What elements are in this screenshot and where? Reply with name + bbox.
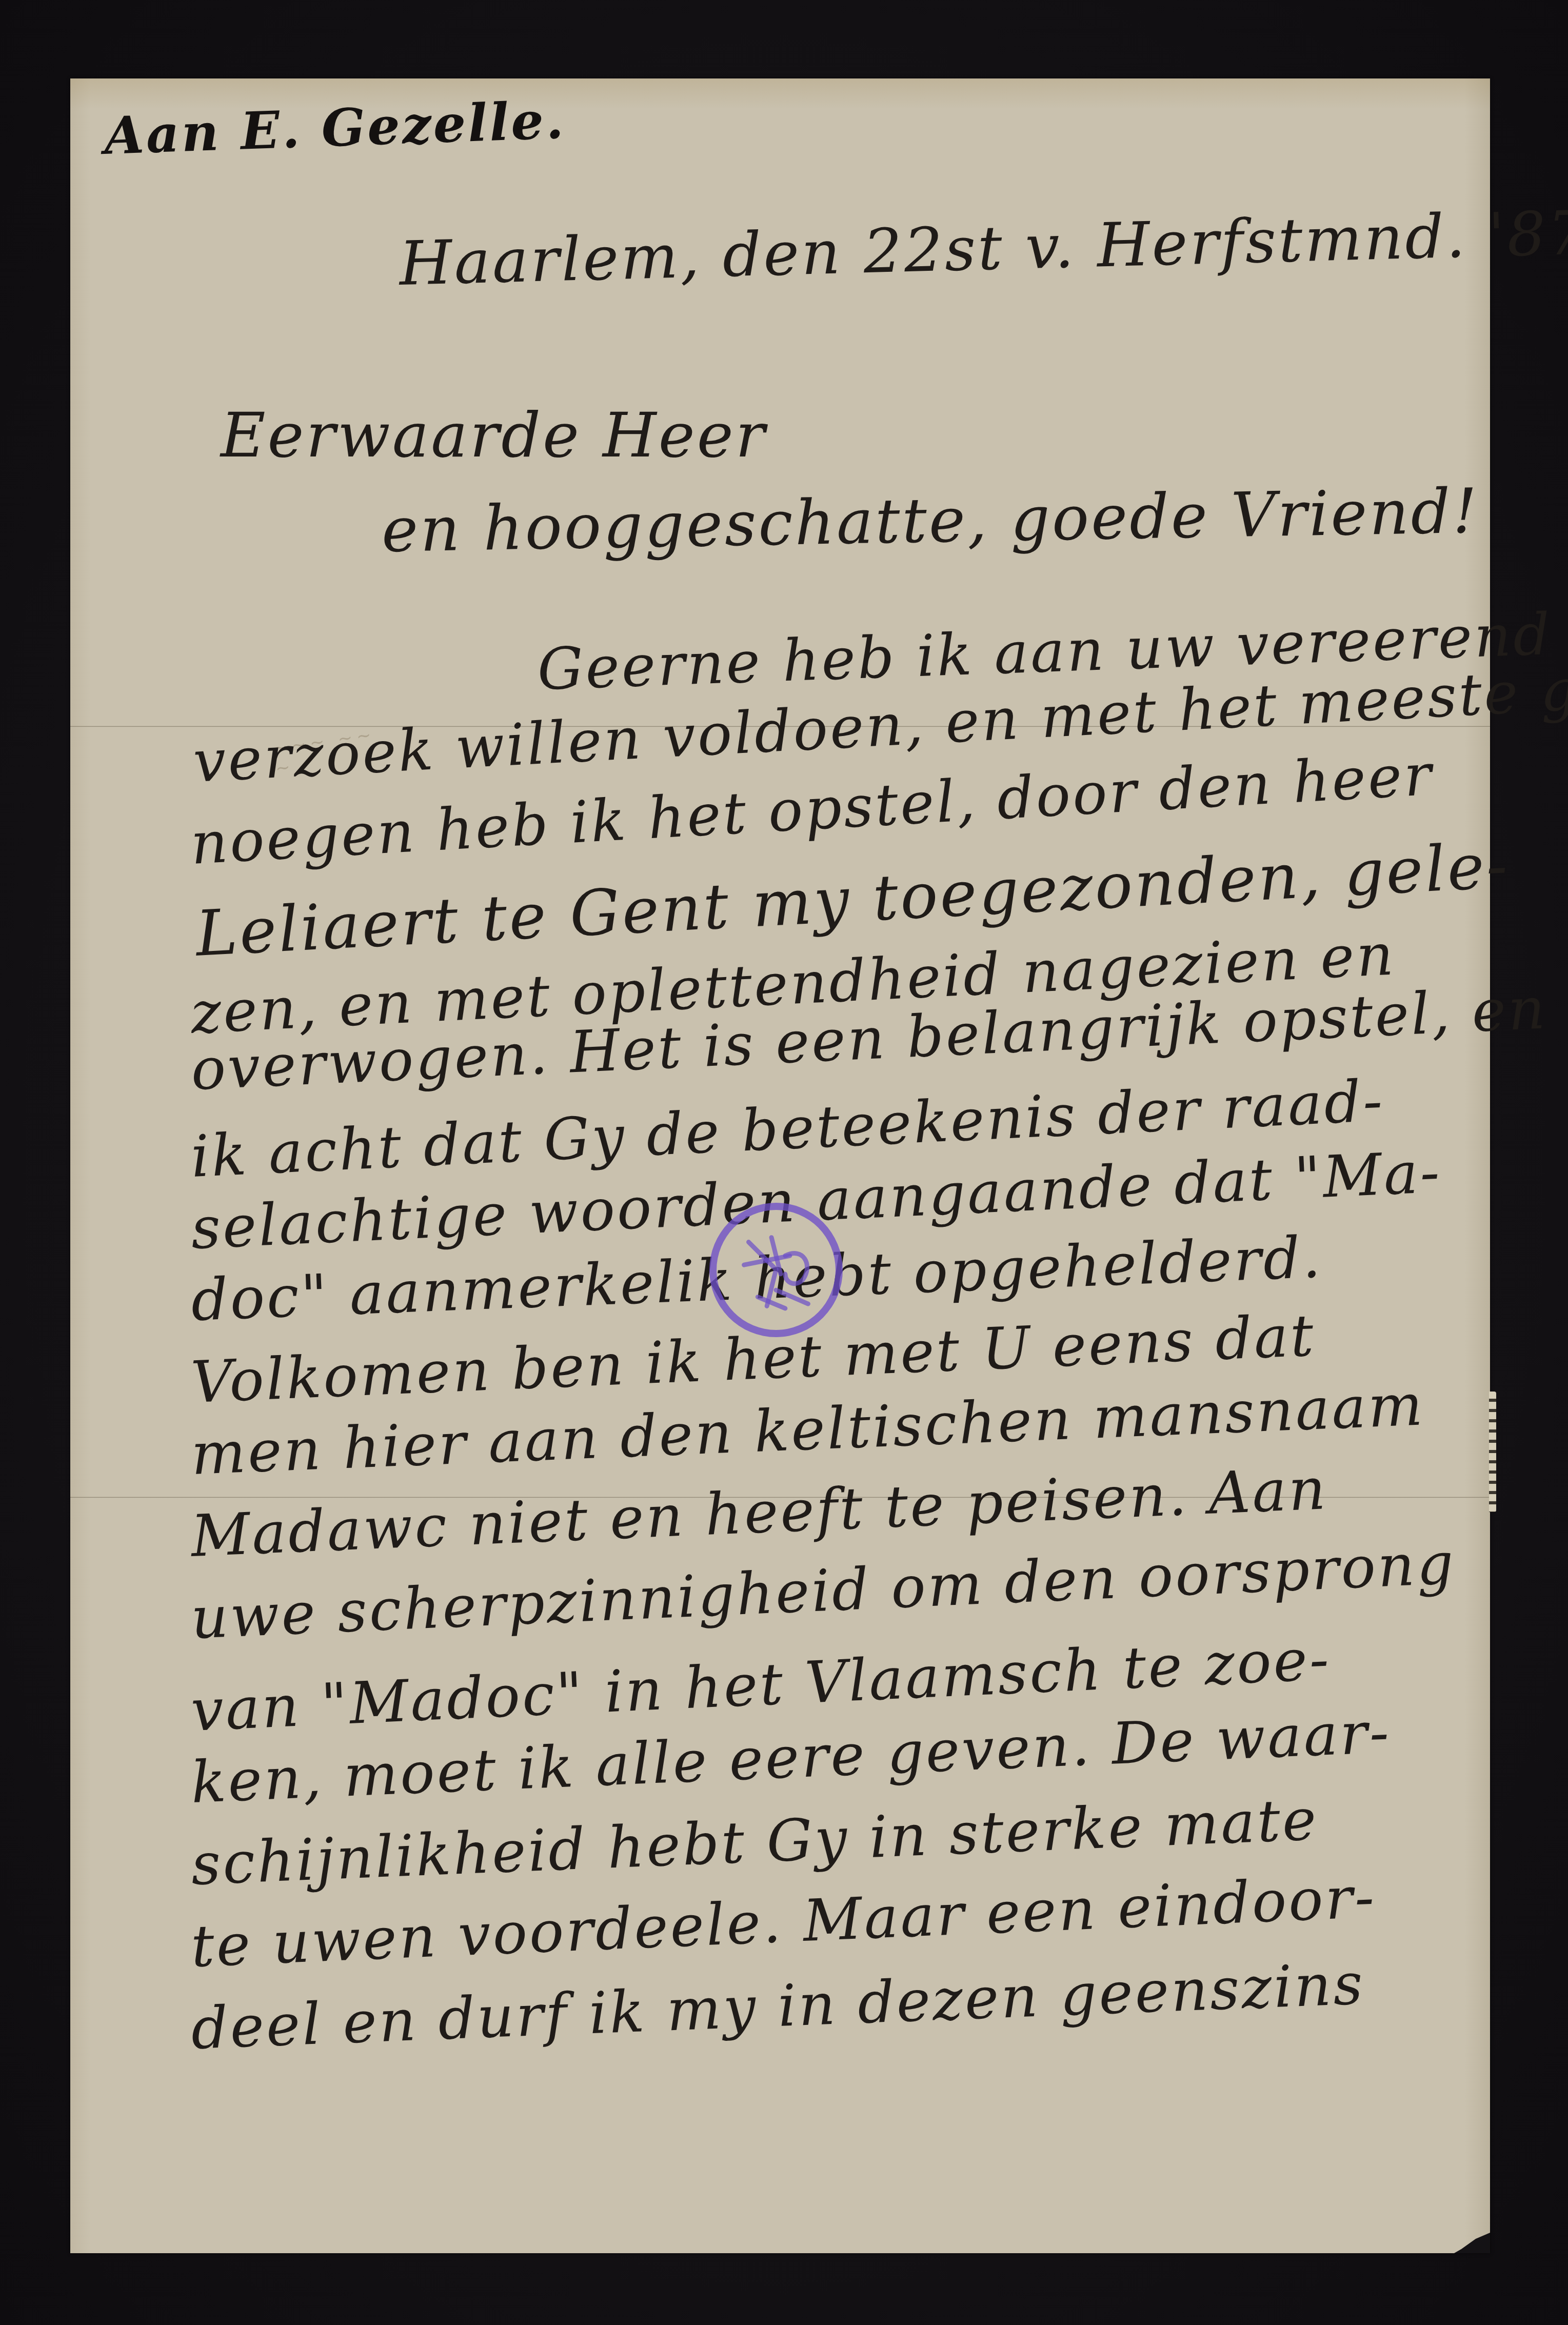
library-stamp — [709, 1203, 843, 1337]
monogram-stamp-icon — [717, 1210, 836, 1330]
torn-corner — [1454, 2233, 1490, 2253]
salutation-line-1: Eerwaarde Heer — [221, 405, 767, 467]
paper-edge-strip — [1489, 1392, 1496, 1512]
salutation-line-2: en hooggeschatte, goede Vriend! — [381, 481, 1480, 562]
address-note: Aan E. Gezelle. — [104, 94, 567, 162]
